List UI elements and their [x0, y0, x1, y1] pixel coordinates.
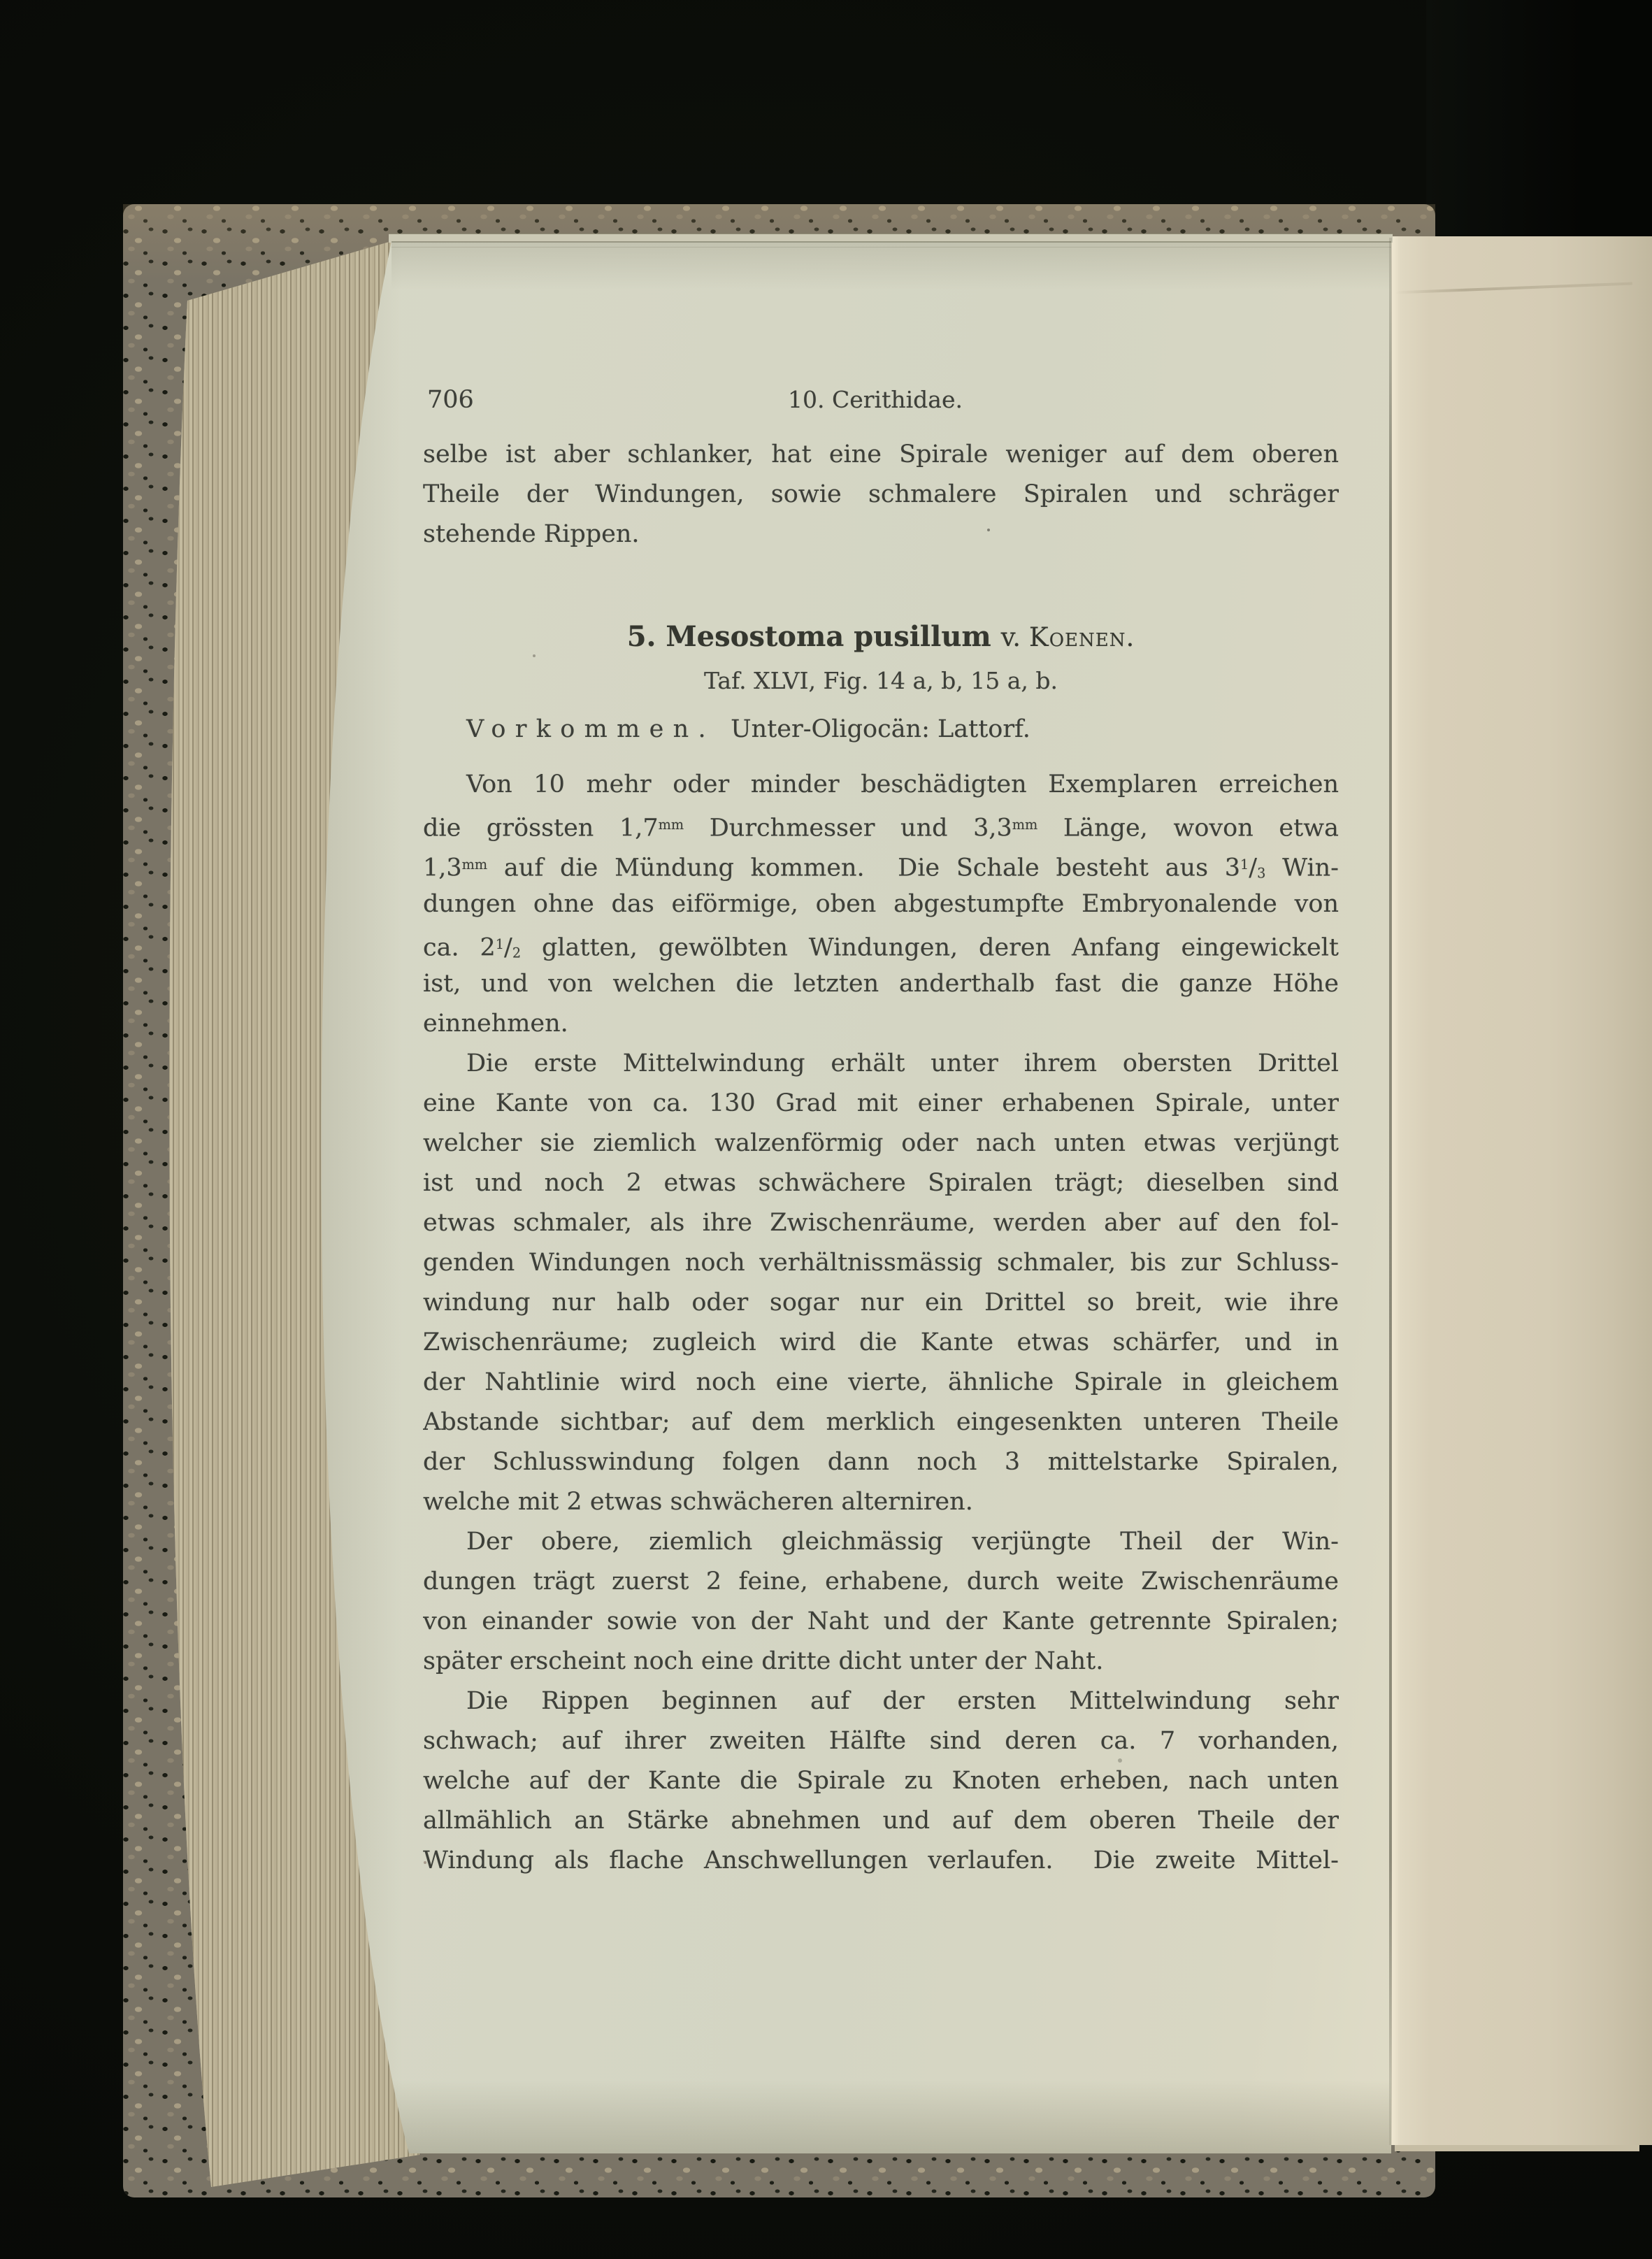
- text-line: dungen ohne das eiförmige, oben abgestum…: [423, 884, 1339, 924]
- text-segment: der Schlusswindung folgen dann noch 3 mi…: [423, 1448, 1339, 1476]
- cloth-shadow-corner: [1426, 0, 1652, 246]
- text-segment: dungen ohne das eiförmige, oben abgestum…: [423, 890, 1339, 918]
- facing-page: [1388, 236, 1652, 2145]
- text-segment: Der obere, ziemlich gleichmässig verjüng…: [466, 1528, 1339, 1556]
- text-segment: welche mit 2 etwas schwächeren alternire…: [423, 1488, 973, 1516]
- text-segment: Abstande sichtbar; auf dem merklich eing…: [423, 1408, 1339, 1436]
- species-heading: 5. Mesostoma pusillum v. Koenen.: [423, 616, 1339, 658]
- page-header: 706 10. Cerithidae.: [423, 385, 1339, 415]
- paragraph-measurements: Von 10 mehr oder minder beschädigten Exe…: [423, 765, 1339, 1044]
- facing-page-crease: [1395, 282, 1632, 294]
- text-segment: windung nur halb oder sogar nur ein Drit…: [423, 1289, 1339, 1317]
- text-segment: Win-: [1265, 854, 1339, 882]
- continuation-paragraph: selbe ist aber schlanker, hat eine Spira…: [423, 435, 1339, 554]
- text-line: Die erste Mittelwindung erhält unter ihr…: [423, 1044, 1339, 1084]
- text-line: welcher sie ziemlich walzenförmig oder n…: [423, 1124, 1339, 1163]
- text-segment: auf die Mündung kommen. Die Schale beste…: [487, 854, 1240, 882]
- text-segment: 3: [1257, 866, 1265, 882]
- text-segment: selbe ist aber schlanker, hat eine Spira…: [423, 440, 1339, 468]
- text-segment: 1,3: [423, 854, 462, 882]
- text-line: etwas schmaler, als ihre Zwischenräume, …: [423, 1203, 1339, 1243]
- text-column: 706 10. Cerithidae. selbe ist aber schla…: [423, 385, 1339, 1881]
- text-segment: 1: [496, 936, 504, 952]
- text-segment: Koenen.: [1029, 622, 1135, 652]
- text-line: Taf. XLVI, Fig. 14 a, b, 15 a, b.: [423, 664, 1339, 698]
- text-segment: ca. 2: [423, 934, 496, 962]
- text-segment: Theile der Windungen, sowie schmalere Sp…: [423, 480, 1339, 508]
- text-line: allmählich an Stärke abnehmen und auf de…: [423, 1801, 1339, 1841]
- text-segment: v.: [1001, 622, 1029, 652]
- page-bottom-shade: [301, 2080, 1391, 2153]
- facing-page-undersheet: [1395, 2145, 1639, 2151]
- text-segment: Windung als flache Anschwellungen verlau…: [423, 1846, 1339, 1874]
- text-segment: Durchmesser und 3,3: [684, 815, 1012, 842]
- figure-caption: Taf. XLVI, Fig. 14 a, b, 15 a, b.: [423, 664, 1339, 698]
- text-segment: mm: [1012, 817, 1038, 833]
- text-line: genden Windungen noch verhältnissmässig …: [423, 1243, 1339, 1283]
- text-segment: Die erste Mittelwindung erhält unter ihr…: [466, 1049, 1339, 1077]
- text-segment: der Nahtlinie wird noch eine vierte, ähn…: [423, 1368, 1339, 1396]
- text-segment: genden Windungen noch verhältnissmässig …: [423, 1249, 1339, 1277]
- text-line: der Nahtlinie wird noch eine vierte, ähn…: [423, 1363, 1339, 1403]
- page-top-shade: [392, 241, 1391, 290]
- paragraph-upper-part: Der obere, ziemlich gleichmässig verjüng…: [423, 1522, 1339, 1681]
- text-line: Zwischenräume; zugleich wird die Kante e…: [423, 1323, 1339, 1363]
- text-segment: allmählich an Stärke abnehmen und auf de…: [423, 1807, 1339, 1835]
- paragraph-first-whorl: Die erste Mittelwindung erhält unter ihr…: [423, 1044, 1339, 1522]
- text-segment: Die Rippen beginnen auf der ersten Mitte…: [466, 1687, 1339, 1715]
- occurrence-line: Vorkommen. Unter-Oligocän: Lattorf.: [423, 710, 1339, 750]
- text-line: ist, und von welchen die letzten anderth…: [423, 964, 1339, 1004]
- text-line: Theile der Windungen, sowie schmalere Sp…: [423, 475, 1339, 515]
- paragraph-ribs: Die Rippen beginnen auf der ersten Mitte…: [423, 1681, 1339, 1881]
- text-segment: /: [1249, 854, 1257, 882]
- text-line: eine Kante von ca. 130 Grad mit einer er…: [423, 1084, 1339, 1124]
- text-line: einnehmen.: [423, 1004, 1339, 1044]
- text-segment: 1: [1240, 856, 1249, 873]
- text-segment: einnehmen.: [423, 1010, 568, 1038]
- text-segment: eine Kante von ca. 130 Grad mit einer er…: [423, 1089, 1339, 1117]
- text-line: schwach; auf ihrer zweiten Hälfte sind d…: [423, 1721, 1339, 1761]
- text-segment: glatten, gewölbten Windungen, deren Anfa…: [521, 934, 1339, 962]
- text-line: die grössten 1,7mm Durchmesser und 3,3mm…: [423, 805, 1339, 845]
- text-line: selbe ist aber schlanker, hat eine Spira…: [423, 435, 1339, 475]
- text-segment: Länge, wovon etwa: [1037, 815, 1339, 842]
- text-segment: Vorkommen.: [466, 715, 715, 743]
- text-line: ist und noch 2 etwas schwächere Spiralen…: [423, 1163, 1339, 1203]
- text-segment: schwach; auf ihrer zweiten Hälfte sind d…: [423, 1727, 1339, 1755]
- text-segment: etwas schmaler, als ihre Zwischenräume, …: [423, 1209, 1339, 1237]
- text-segment: Von 10 mehr oder minder beschädigten Exe…: [466, 770, 1339, 798]
- text-line: Windung als flache Anschwellungen verlau…: [423, 1841, 1339, 1881]
- text-line: Vorkommen. Unter-Oligocän: Lattorf.: [423, 710, 1339, 750]
- text-segment: Zwischenräume; zugleich wird die Kante e…: [423, 1328, 1339, 1356]
- text-segment: dungen trägt zuerst 2 feine, erhabene, d…: [423, 1568, 1339, 1595]
- text-segment: ist und noch 2 etwas schwächere Spiralen…: [423, 1169, 1339, 1197]
- text-segment: welcher sie ziemlich walzenförmig oder n…: [423, 1129, 1339, 1157]
- text-line: windung nur halb oder sogar nur ein Drit…: [423, 1283, 1339, 1323]
- text-line: später erscheint noch eine dritte dicht …: [423, 1642, 1339, 1681]
- text-segment: welche auf der Kante die Spirale zu Knot…: [423, 1767, 1339, 1795]
- text-segment: 5. Mesostoma pusillum: [627, 620, 1001, 653]
- text-segment: mm: [462, 856, 488, 873]
- text-line: Die Rippen beginnen auf der ersten Mitte…: [423, 1681, 1339, 1721]
- text-segment: mm: [659, 817, 684, 833]
- text-line: ca. 21/2 glatten, gewölbten Windungen, d…: [423, 924, 1339, 964]
- text-segment: von einander sowie von der Naht und der …: [423, 1607, 1339, 1635]
- text-line: Der obere, ziemlich gleichmässig verjüng…: [423, 1522, 1339, 1562]
- running-header: 10. Cerithidae.: [423, 385, 1328, 415]
- text-line: der Schlusswindung folgen dann noch 3 mi…: [423, 1442, 1339, 1482]
- text-segment: Taf. XLVI, Fig. 14 a, b, 15 a, b.: [704, 667, 1058, 694]
- text-line: welche mit 2 etwas schwächeren alternire…: [423, 1482, 1339, 1522]
- text-segment: die grössten 1,7: [423, 815, 659, 842]
- text-line: stehende Rippen.: [423, 515, 1339, 554]
- text-segment: Unter-Oligocän: Lattorf.: [715, 715, 1030, 743]
- text-line: Abstande sichtbar; auf dem merklich eing…: [423, 1403, 1339, 1442]
- text-line: 5. Mesostoma pusillum v. Koenen.: [423, 616, 1339, 658]
- text-line: Von 10 mehr oder minder beschädigten Exe…: [423, 765, 1339, 805]
- text-segment: /: [504, 934, 512, 962]
- text-line: von einander sowie von der Naht und der …: [423, 1602, 1339, 1642]
- text-line: dungen trägt zuerst 2 feine, erhabene, d…: [423, 1562, 1339, 1602]
- text-segment: später erscheint noch eine dritte dicht …: [423, 1647, 1103, 1675]
- text-segment: stehende Rippen.: [423, 520, 640, 548]
- text-segment: ist, und von welchen die letzten anderth…: [423, 970, 1339, 998]
- dust-specks: [987, 529, 990, 531]
- text-segment: 2: [512, 945, 521, 961]
- text-line: 1,3mm auf die Mündung kommen. Die Schale…: [423, 845, 1339, 884]
- gutter-fold-line: [1389, 238, 1392, 2145]
- text-line: welche auf der Kante die Spirale zu Knot…: [423, 1761, 1339, 1801]
